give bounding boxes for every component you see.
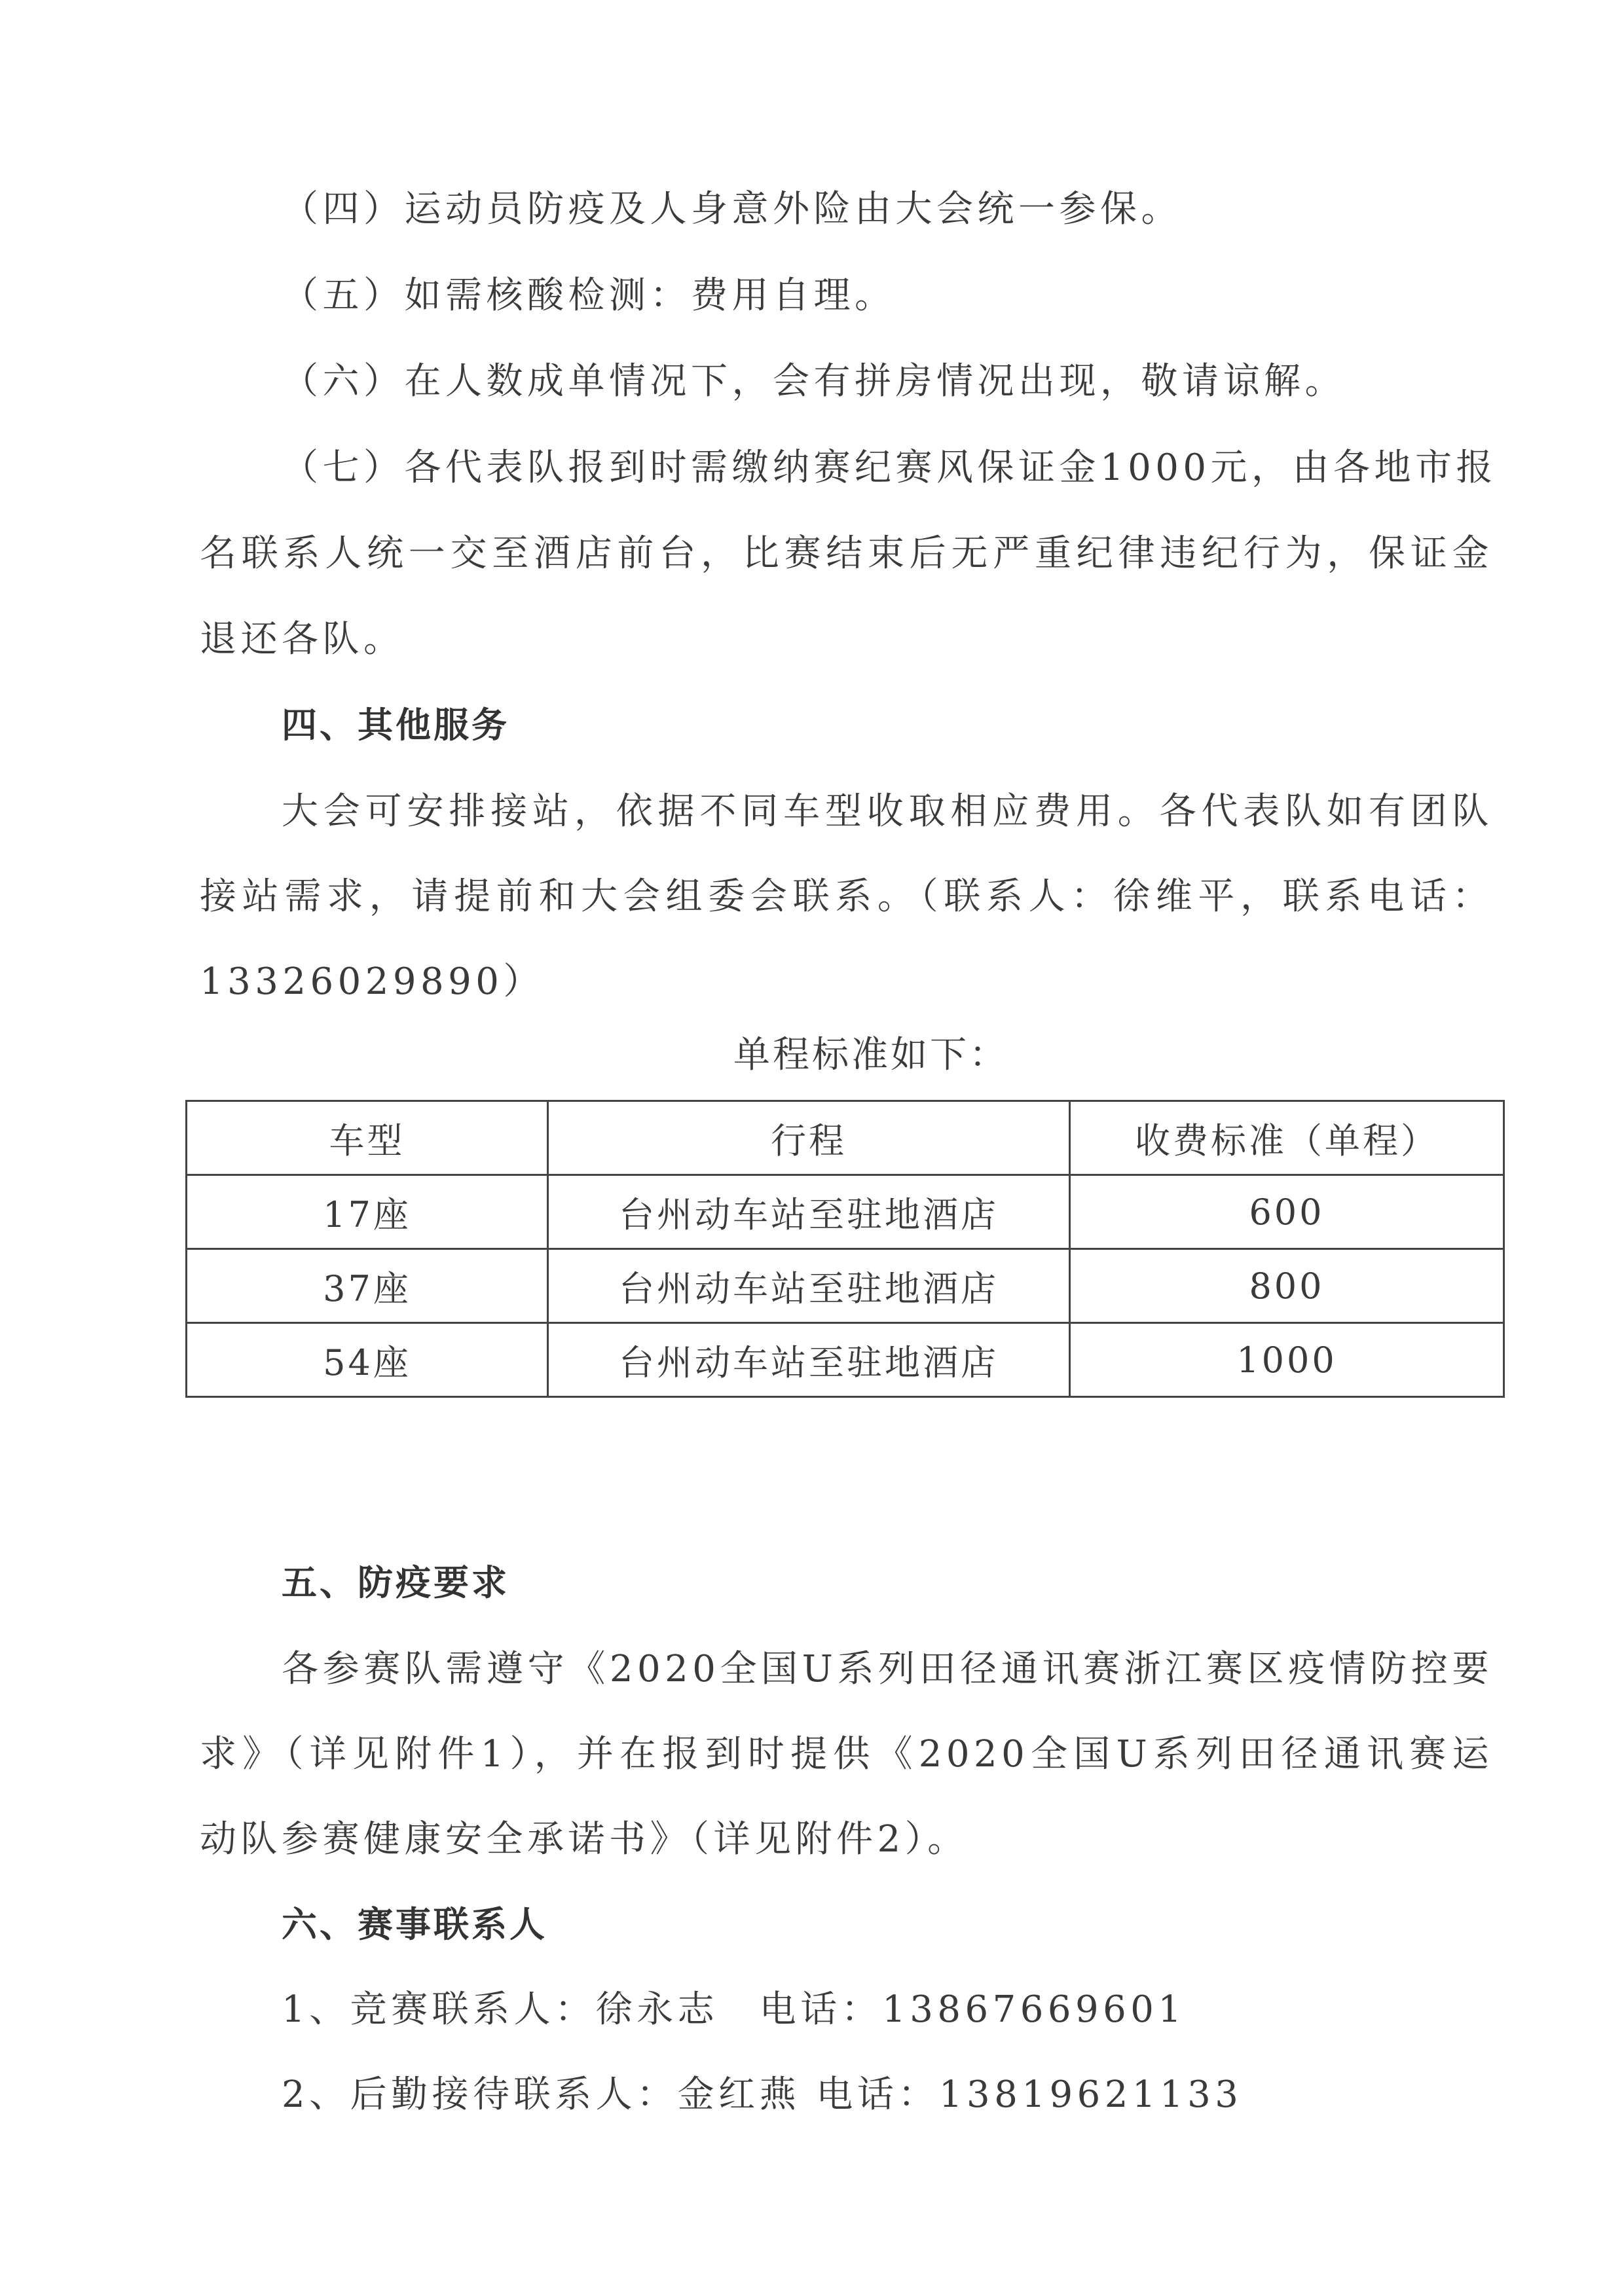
item-deposit-line-1: （七）各代表队报到时需缴纳赛纪赛风保证金1000元，由各地市报 [282, 442, 1493, 494]
pickup-fee-table: 车型 行程 收费标准（单程） 17座 台州动车站至驻地酒店 600 37座 台州… [185, 1100, 1505, 1398]
table-row: 37座 台州动车站至驻地酒店 800 [187, 1249, 1504, 1323]
column-header-route: 行程 [548, 1101, 1070, 1175]
pickup-paragraph-line-3: 13326029890） [200, 956, 1493, 1008]
epidemic-paragraph-line-1: 各参赛队需遵守《2020全国U系列田径通讯赛浙江赛区疫情防控要 [282, 1643, 1493, 1696]
cell-route: 台州动车站至驻地酒店 [548, 1323, 1070, 1397]
column-header-vehicle: 车型 [187, 1101, 548, 1175]
cell-fee: 800 [1070, 1249, 1504, 1323]
section-heading-other-services: 四、其他服务 [282, 699, 1493, 752]
table-row: 17座 台州动车站至驻地酒店 600 [187, 1175, 1504, 1249]
column-header-fee: 收费标准（单程） [1070, 1101, 1504, 1175]
cell-vehicle: 17座 [187, 1175, 548, 1249]
cell-fee: 600 [1070, 1175, 1504, 1249]
cell-vehicle: 37座 [187, 1249, 548, 1323]
cell-vehicle: 54座 [187, 1323, 548, 1397]
item-nucleic-test: （五）如需核酸检测：费用自理。 [282, 270, 1493, 322]
cell-fee: 1000 [1070, 1323, 1504, 1397]
section-heading-epidemic-requirements: 五、防疫要求 [282, 1557, 1493, 1609]
epidemic-paragraph-line-2: 求》（详见附件1），并在报到时提供《2020全国U系列田径通讯赛运 [200, 1728, 1493, 1781]
item-deposit-line-2: 名联系人统一交至酒店前台，比赛结束后无严重纪律违纪行为，保证金 [200, 528, 1493, 580]
item-deposit-line-3: 退还各队。 [200, 613, 1493, 666]
section-heading-contacts: 六、赛事联系人 [282, 1899, 1493, 1951]
table-row: 54座 台州动车站至驻地酒店 1000 [187, 1323, 1504, 1397]
pickup-paragraph-line-1: 大会可安排接站，依据不同车型收取相应费用。各代表队如有团队 [282, 786, 1493, 838]
contact-competition: 1、竞赛联系人：徐永志 电话：13867669601 [282, 1984, 1493, 2036]
contact-logistics: 2、后勤接待联系人：金红燕 电话：13819621133 [282, 2069, 1493, 2121]
pickup-paragraph-line-2: 接站需求，请提前和大会组委会联系。（联系人：徐维平，联系电话： [200, 871, 1493, 923]
epidemic-paragraph-line-3: 动队参赛健康安全承诺书》（详见附件2）。 [200, 1813, 1493, 1866]
table-caption: 单程标准如下： [733, 1029, 1008, 1082]
cell-route: 台州动车站至驻地酒店 [548, 1175, 1070, 1249]
cell-route: 台州动车站至驻地酒店 [548, 1249, 1070, 1323]
item-insurance: （四）运动员防疫及人身意外险由大会统一参保。 [282, 183, 1493, 236]
item-room-sharing: （六）在人数成单情况下，会有拼房情况出现，敬请谅解。 [282, 355, 1493, 408]
table-header-row: 车型 行程 收费标准（单程） [187, 1101, 1504, 1175]
